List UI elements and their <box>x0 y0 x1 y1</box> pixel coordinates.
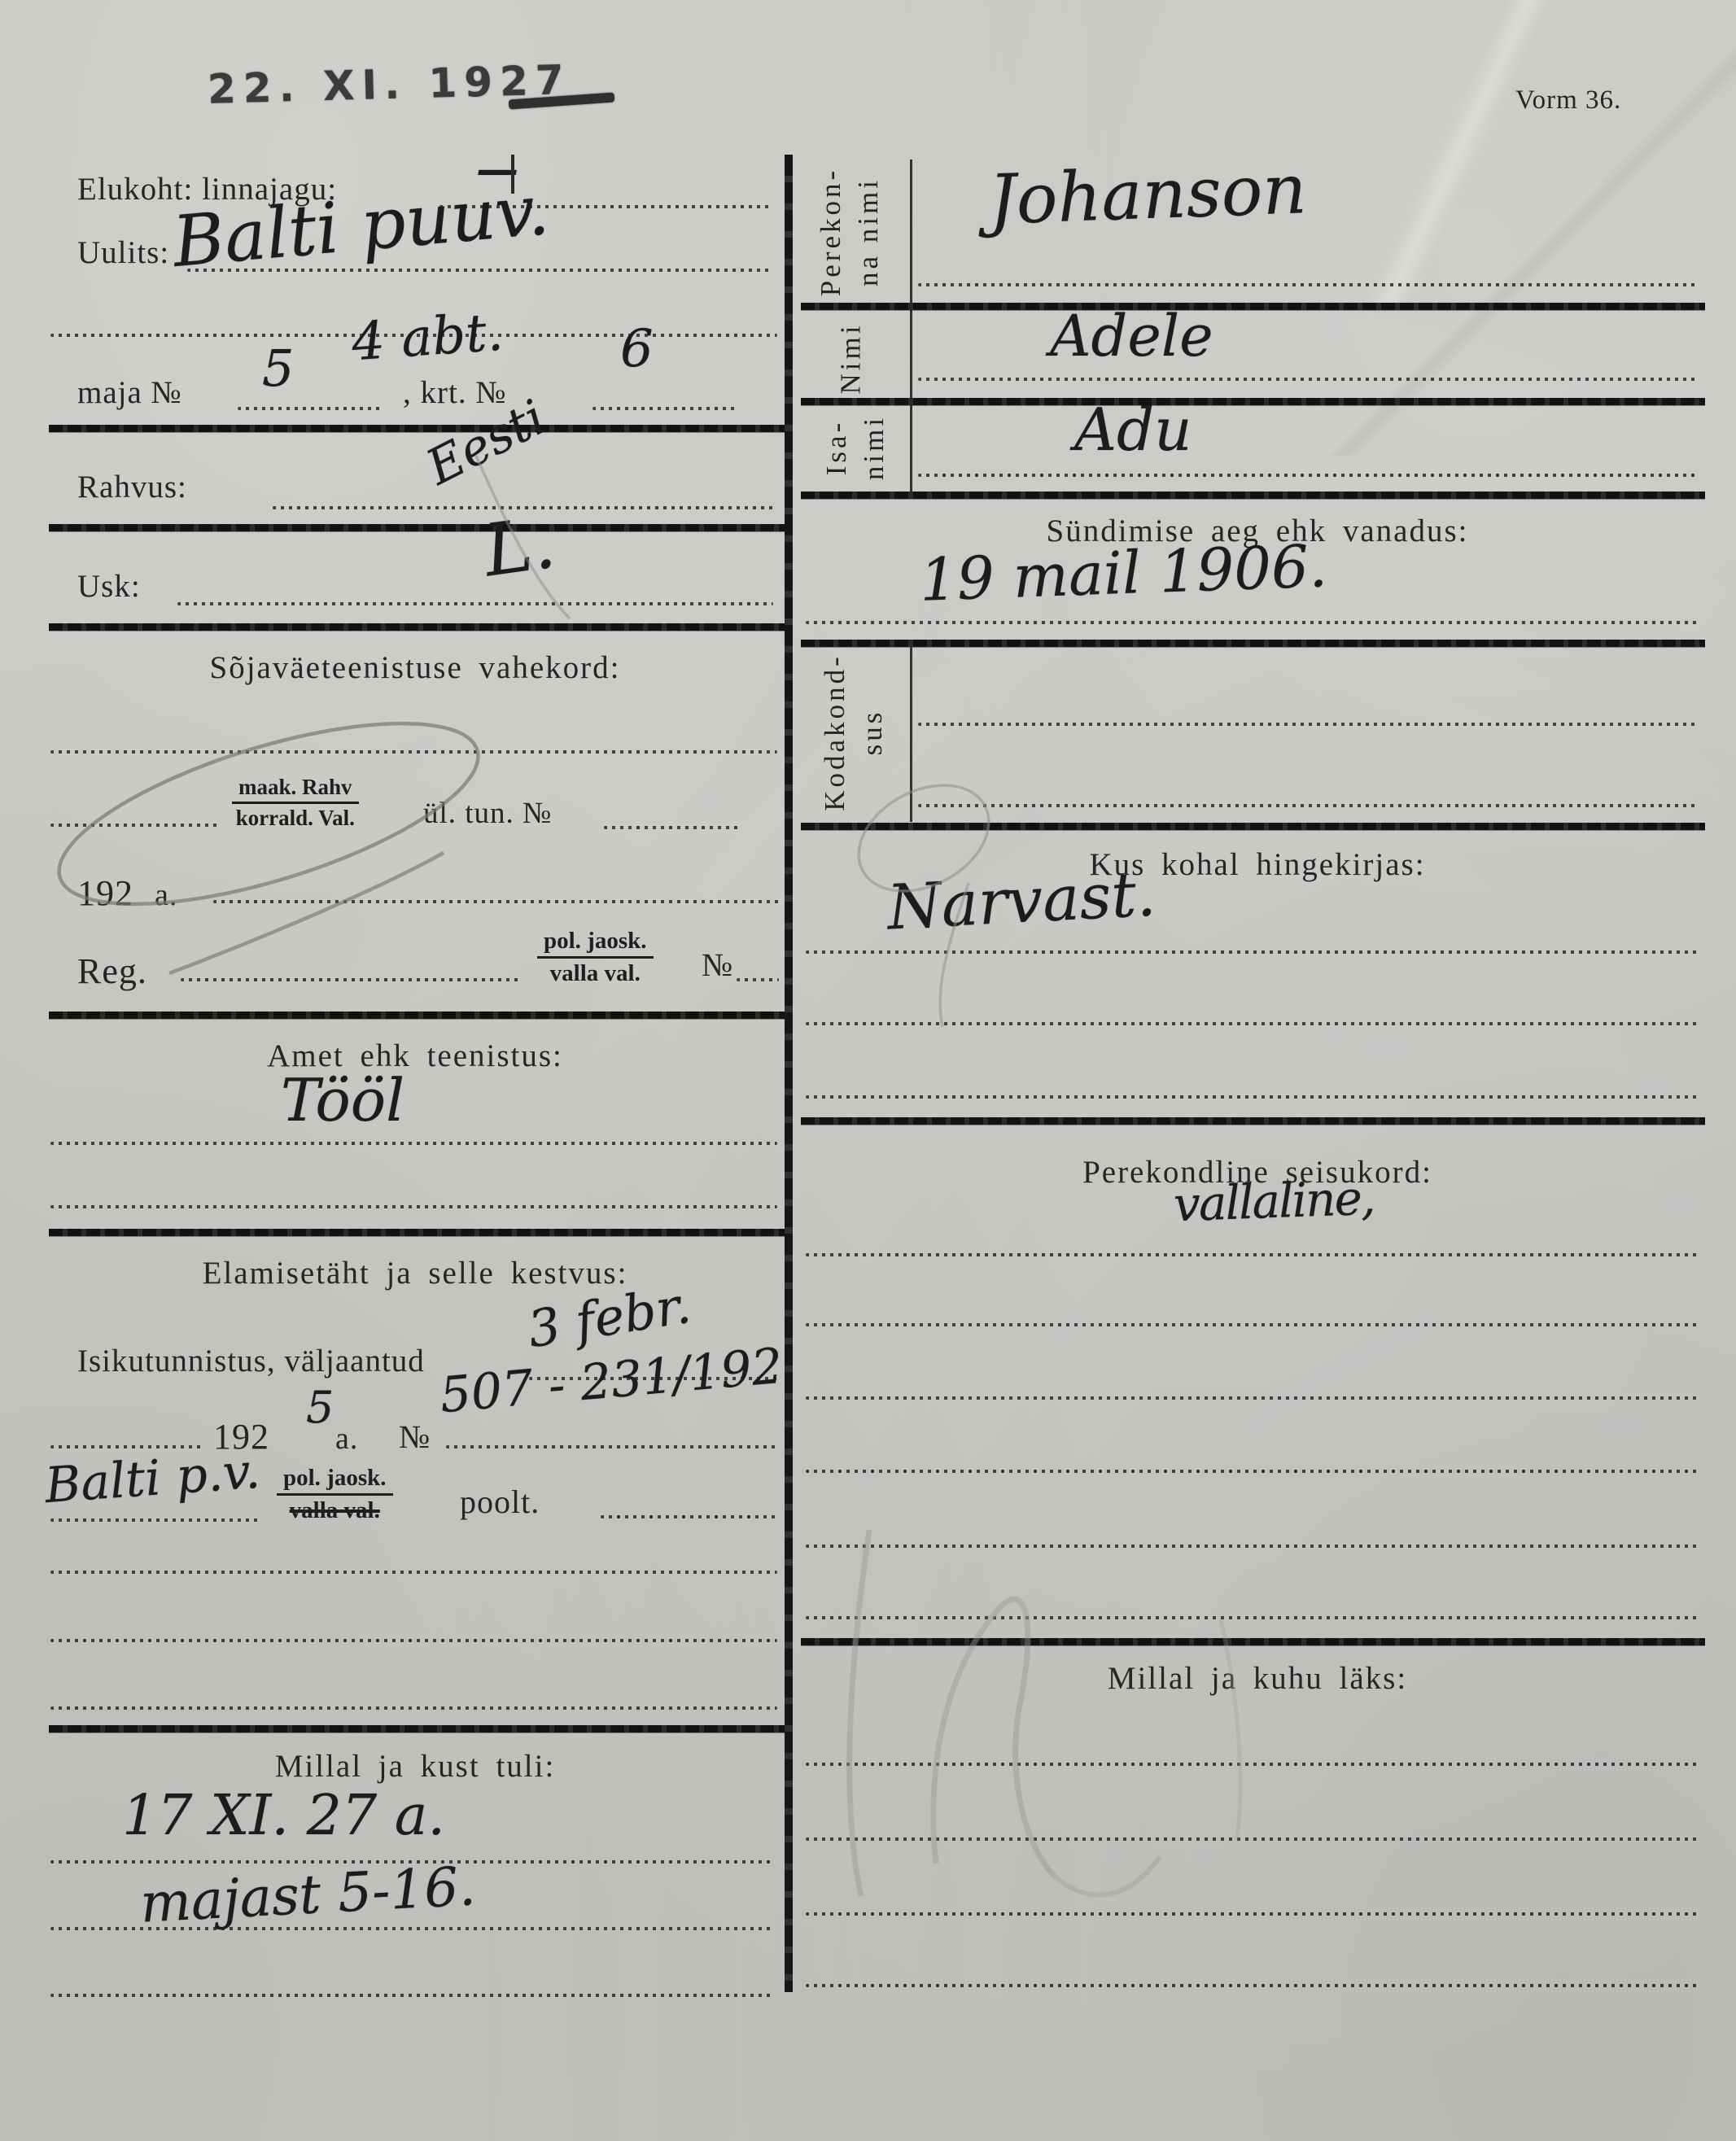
rule <box>49 524 785 531</box>
issuer-authority-fraction: pol. jaosk. valla val. <box>277 1465 393 1524</box>
blank-line <box>806 1545 1697 1548</box>
id-year-suffix: a. <box>335 1421 358 1457</box>
arrival-fill-line3 <box>50 1994 773 1997</box>
reg-no-label: № <box>702 946 733 984</box>
id-card-label: Isikutunnistus, väljaantud <box>77 1343 425 1379</box>
religion-entry: L. <box>479 500 560 592</box>
blank-line <box>806 1912 1697 1916</box>
fathername-vertical-label: Isa- nimi <box>818 399 891 496</box>
rule <box>801 492 1705 499</box>
blank-line <box>50 1571 777 1574</box>
cert-fill-line-left <box>50 824 221 827</box>
blank-line <box>806 1253 1697 1256</box>
apartment-label: , krt. № <box>403 374 507 411</box>
id-no-label: № <box>399 1418 431 1456</box>
street-entry-line2: 4 abt. <box>350 303 505 374</box>
blank-line <box>806 1470 1697 1473</box>
occupation-header: Amet ehk teenistus: <box>57 1038 773 1074</box>
label-separator <box>910 159 912 492</box>
rule <box>801 1638 1705 1645</box>
poolt-fill-line <box>601 1515 777 1518</box>
rule <box>49 623 785 631</box>
form-number: Vorm 36. <box>1515 85 1621 116</box>
fraction-top: pol. jaosk. <box>277 1465 393 1496</box>
fathername-entry: Adu <box>1074 395 1192 464</box>
blank-line <box>806 1396 1697 1400</box>
blank-line <box>806 1763 1697 1766</box>
military-section-header: Sõjaväeteenistuse vahekord: <box>57 649 773 686</box>
surname-label-line2: na nimi <box>852 177 884 286</box>
arrival-header: Millal ja kust tuli: <box>57 1748 773 1785</box>
birth-fill-line <box>806 621 1697 624</box>
arrival-entry-line1: 17 XI. 27 a. <box>122 1784 445 1848</box>
cert-label: ül. tun. № <box>423 796 552 831</box>
occupation-fill-line <box>50 1142 777 1145</box>
parish-fill-line3 <box>806 1095 1697 1099</box>
house-label: maja № <box>77 374 182 411</box>
occupation-fill-line2 <box>50 1205 777 1208</box>
occupation-entry: Tööl <box>281 1066 404 1134</box>
firstname-fill-line <box>918 378 1697 381</box>
rule <box>49 425 785 432</box>
apartment-fill-line <box>593 407 739 410</box>
fraction-top: pol. jaosk. <box>537 928 654 959</box>
rule <box>49 1725 785 1732</box>
military-fill-line <box>50 750 777 754</box>
parish-register-entry: Narvast. <box>885 857 1157 943</box>
firstname-entry: Adele <box>1050 303 1213 369</box>
id-number-entry: 507 - 231/192 <box>438 1338 785 1425</box>
parish-fill-line2 <box>806 1022 1697 1025</box>
apartment-entry: 6 <box>620 319 654 379</box>
firstname-label: Nimi <box>835 323 867 395</box>
arrival-fill-line2 <box>50 1927 773 1930</box>
blank-line <box>806 1616 1697 1619</box>
religion-fill-line <box>177 602 773 605</box>
house-entry: 5 <box>262 339 294 398</box>
reg-authority-fraction: pol. jaosk. valla val. <box>537 928 654 987</box>
surname-entry: Johanson <box>987 149 1307 240</box>
cert-fill-line-right <box>604 826 738 829</box>
arrival-entry-line2: majast 5-16. <box>138 1855 477 1934</box>
fathername-label-line1: Isa- <box>820 420 852 475</box>
fraction-bottom: korrald. Val. <box>232 804 359 831</box>
fraction-bottom: valla val. <box>537 959 654 987</box>
surname-fill-line <box>918 283 1697 286</box>
rule <box>49 1012 785 1019</box>
citizenship-label-line2: sus <box>856 710 888 756</box>
issuer-entry: Balti p.v. <box>43 1443 262 1514</box>
rule <box>801 823 1705 830</box>
house-fill-line <box>238 407 384 410</box>
birth-entry: 19 mail 1906. <box>919 531 1328 614</box>
id-no-fill-line <box>446 1445 777 1448</box>
registration-card-scan: 22. XI. 1927 Vorm 36. Elukoht: linnajagu… <box>0 0 1736 2141</box>
id-year-entry: 5 <box>306 1382 334 1433</box>
citizenship-vertical-label: Kodakond- sus <box>816 643 890 822</box>
departure-header: Millal ja kuhu läks: <box>814 1660 1701 1697</box>
fraction-bottom-struck: valla val. <box>277 1496 393 1524</box>
rule <box>801 640 1705 647</box>
parish-fill-line1 <box>806 950 1697 954</box>
citizenship-label-line1: Kodakond- <box>819 653 851 811</box>
blank-line <box>806 1837 1697 1841</box>
street-label: Uulits: <box>77 234 169 271</box>
rule <box>801 398 1705 405</box>
military-year-fill-line <box>213 900 779 903</box>
military-year-label: 192 <box>77 872 133 914</box>
religion-label: Usk: <box>77 568 141 605</box>
issuer-fill-line <box>50 1518 262 1522</box>
citizenship-fill-line1 <box>918 723 1697 726</box>
reg-label: Reg. <box>77 950 147 992</box>
fathername-label-line2: nimi <box>858 415 890 480</box>
rule <box>801 1117 1705 1125</box>
surname-label-line1: Perekon- <box>815 168 846 296</box>
nationality-label: Rahvus: <box>77 469 187 505</box>
blank-line <box>50 1706 777 1710</box>
cert-authority-fraction: maak. Rahv korrald. Val. <box>232 775 359 831</box>
rule <box>49 1229 785 1236</box>
fathername-fill-line <box>918 474 1697 477</box>
military-year-suffix: a. <box>155 877 177 913</box>
poolt-label: poolt. <box>460 1483 540 1521</box>
reg-no-fill-line <box>737 978 779 981</box>
citizenship-fill-line2 <box>918 804 1697 807</box>
marital-entry: vallaline, <box>1173 1170 1375 1233</box>
blank-line <box>806 1984 1697 1987</box>
column-divider <box>785 155 793 1992</box>
surname-vertical-label: Perekon- na nimi <box>812 146 885 317</box>
blank-line <box>50 1639 777 1642</box>
label-separator <box>910 647 912 822</box>
street-fill-line2 <box>50 334 777 337</box>
fraction-top: maak. Rahv <box>232 775 359 804</box>
reg-fill-line <box>181 978 523 981</box>
rule <box>801 303 1705 310</box>
blank-line <box>806 1323 1697 1326</box>
